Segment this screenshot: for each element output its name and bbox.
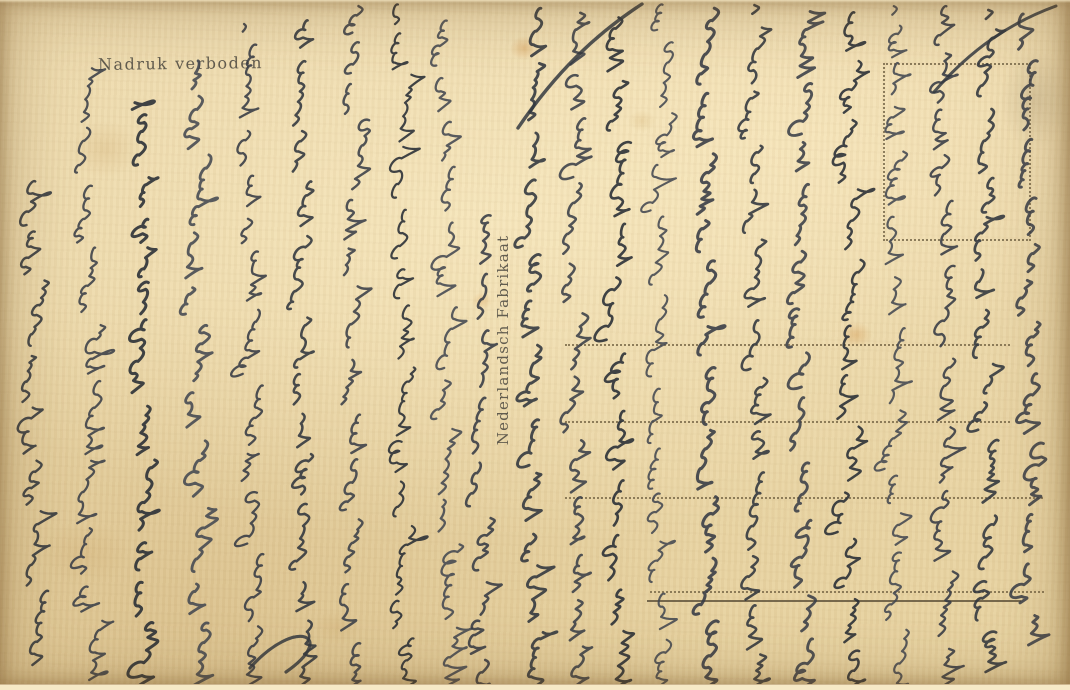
handwriting-line (595, 6, 634, 690)
handwriting-line (71, 68, 114, 680)
handwriting-layer (0, 0, 1070, 690)
handwriting-line (128, 101, 159, 685)
handwriting-line (287, 20, 316, 688)
handwriting-line (340, 0, 372, 688)
handwriting-line (825, 1, 874, 688)
postcard-back: Nadruk verboden Nederlandsch Fabrikaat (0, 0, 1070, 690)
handwriting-line (1011, 14, 1049, 645)
handwriting-line (560, 2, 592, 688)
card-bottom-edge (0, 684, 1070, 690)
handwriting-line (968, 10, 1006, 672)
handwriting-line (18, 181, 57, 665)
handwriting-line (875, 6, 912, 690)
handwriting-line (431, 10, 472, 688)
handwriting-flourish (934, 6, 1056, 92)
handwriting-line (930, 6, 965, 688)
handwriting-line (738, 5, 771, 688)
handwriting-line (231, 24, 266, 688)
handwriting-line (389, 4, 428, 690)
handwriting-line (180, 61, 217, 685)
handwriting-line (641, 4, 677, 688)
card-top-edge (0, 0, 1070, 3)
handwriting-line (466, 202, 502, 690)
handwriting-line (693, 0, 725, 690)
handwriting-line (787, 2, 825, 690)
handwriting-flourish (250, 636, 310, 672)
